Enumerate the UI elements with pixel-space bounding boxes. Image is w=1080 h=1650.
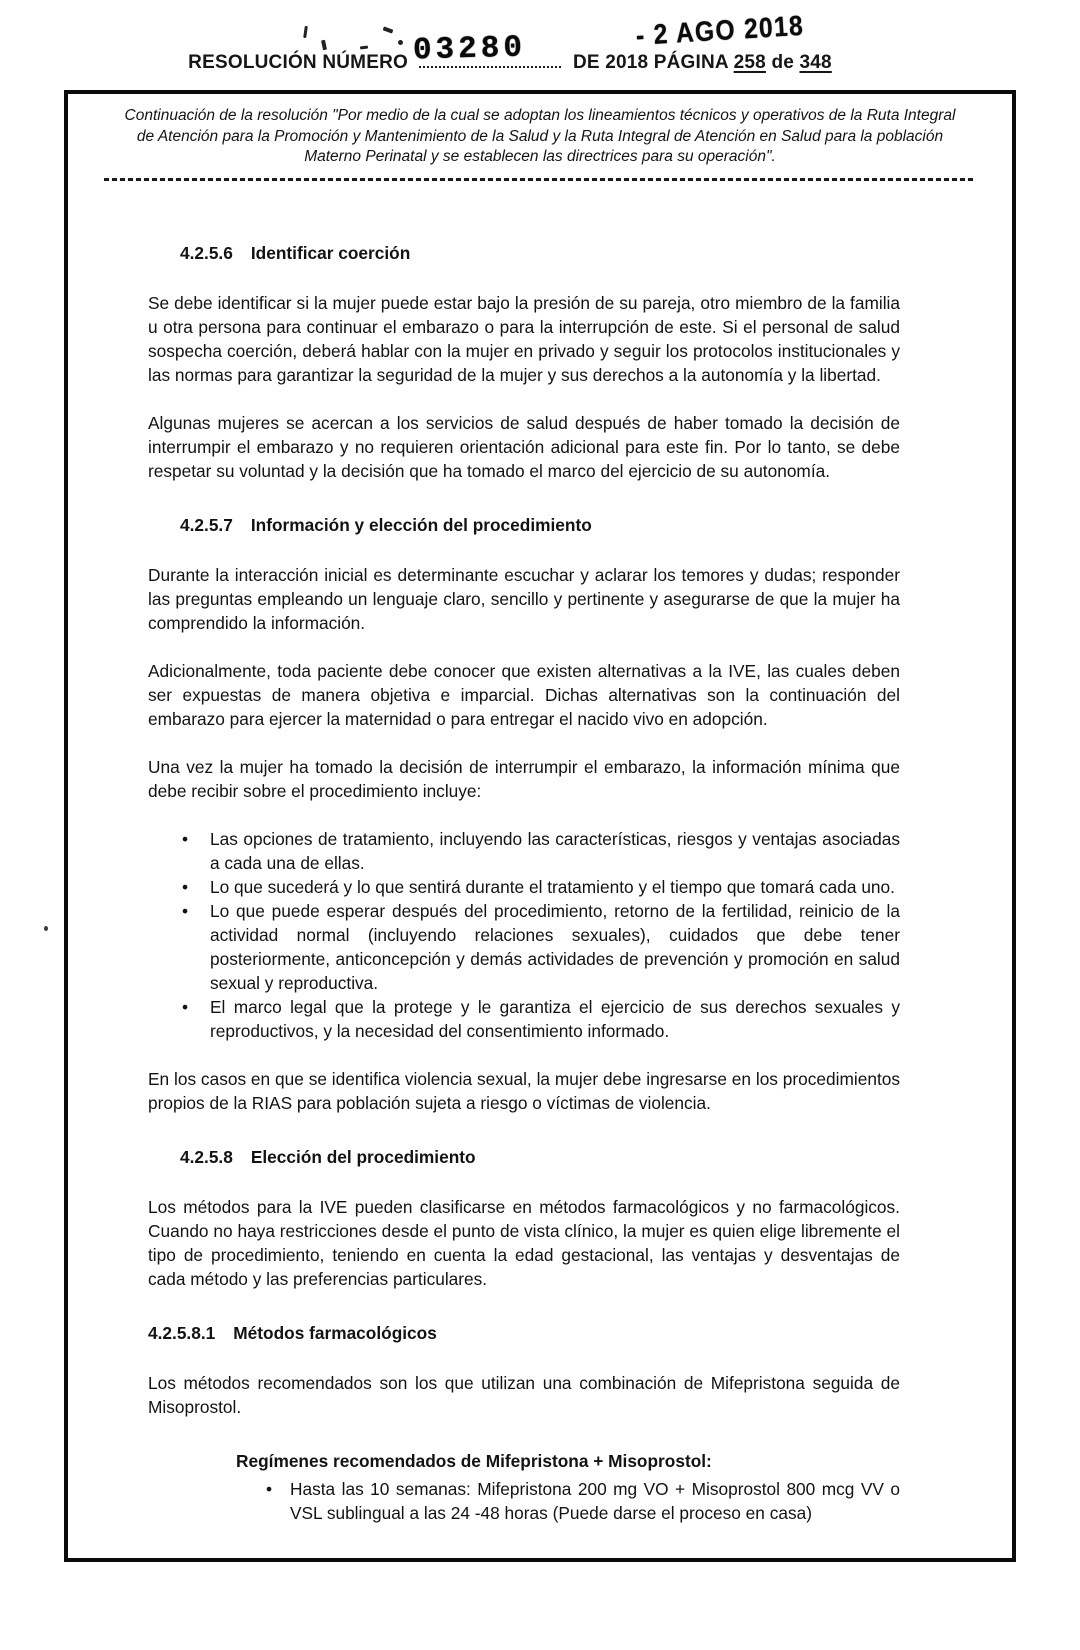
- paragraph: Adicionalmente, toda paciente debe conoc…: [148, 659, 900, 731]
- section-number: 4.2.5.7: [180, 515, 233, 535]
- section-number: 4.2.5.8.1: [148, 1323, 215, 1343]
- section-number: 4.2.5.6: [180, 243, 233, 263]
- resolution-title-line: RESOLUCIÓN NÚMERO 03280 DE 2018 PÁGINA 2…: [0, 52, 1020, 74]
- section-heading-4258: 4.2.5.8Elección del procedimiento: [180, 1145, 900, 1169]
- paragraph: Los métodos para la IVE pueden clasifica…: [148, 1195, 900, 1291]
- list-item: El marco legal que la protege y le garan…: [148, 995, 900, 1043]
- section-title: Identificar coerción: [251, 243, 410, 263]
- page-number-separator: de: [771, 52, 794, 73]
- document-body: 4.2.5.6Identificar coerción Se debe iden…: [68, 181, 1012, 1525]
- scanned-document-page: { "header": { "resolution_prefix": "RESO…: [0, 0, 1080, 1650]
- section-number: 4.2.5.8: [180, 1147, 233, 1167]
- ink-mark: [398, 40, 403, 45]
- document-frame: Continuación de la resolución "Por medio…: [64, 90, 1016, 1562]
- list-item: Lo que puede esperar después del procedi…: [148, 899, 900, 995]
- regimen-list-item: Hasta las 10 semanas: Mifepristona 200 m…: [236, 1477, 900, 1525]
- paragraph: En los casos en que se identifica violen…: [148, 1067, 900, 1115]
- regimen-block: Regímenes recomendados de Mifepristona +…: [236, 1449, 900, 1525]
- section-title: Elección del procedimiento: [251, 1147, 476, 1167]
- section-title: Métodos farmacológicos: [233, 1323, 437, 1343]
- continuation-notice: Continuación de la resolución "Por medio…: [114, 106, 966, 168]
- section-heading-4257: 4.2.5.7Información y elección del proced…: [180, 513, 900, 537]
- resolution-number-blank: 03280: [419, 62, 561, 68]
- section-heading-42581: 4.2.5.8.1Métodos farmacológicos: [148, 1321, 900, 1345]
- procedure-info-list: Las opciones de tratamiento, incluyendo …: [148, 827, 900, 1043]
- resolution-prefix: RESOLUCIÓN NÚMERO: [188, 52, 408, 73]
- paragraph: Durante la interacción inicial es determ…: [148, 563, 900, 635]
- regimen-heading: Regímenes recomendados de Mifepristona +…: [236, 1449, 900, 1473]
- list-item: Las opciones de tratamiento, incluyendo …: [148, 827, 900, 875]
- date-stamp: - 2 AGO 2018: [635, 10, 805, 52]
- resolution-suffix: DE 2018 PÁGINA: [573, 52, 728, 73]
- list-item: Lo que sucederá y lo que sentirá durante…: [148, 875, 900, 899]
- ink-mark: [383, 26, 394, 33]
- page-number-current: 258: [734, 52, 766, 73]
- ink-mark: [360, 45, 368, 49]
- ink-mark: [321, 40, 327, 51]
- resolution-number-stamp: 03280: [413, 31, 527, 69]
- section-heading-4256: 4.2.5.6Identificar coerción: [180, 241, 900, 265]
- paragraph: Algunas mujeres se acercan a los servici…: [148, 411, 900, 483]
- paragraph: Los métodos recomendados son los que uti…: [148, 1371, 900, 1419]
- paragraph: Una vez la mujer ha tomado la decisión d…: [148, 755, 900, 803]
- ink-mark: [303, 26, 308, 38]
- paragraph: Se debe identificar si la mujer puede es…: [148, 291, 900, 387]
- page-header: - 2 AGO 2018 RESOLUCIÓN NÚMERO 03280 DE …: [0, 0, 1080, 90]
- margin-speck: [44, 926, 48, 931]
- section-title: Información y elección del procedimiento: [251, 515, 592, 535]
- page-number-total: 348: [800, 52, 832, 73]
